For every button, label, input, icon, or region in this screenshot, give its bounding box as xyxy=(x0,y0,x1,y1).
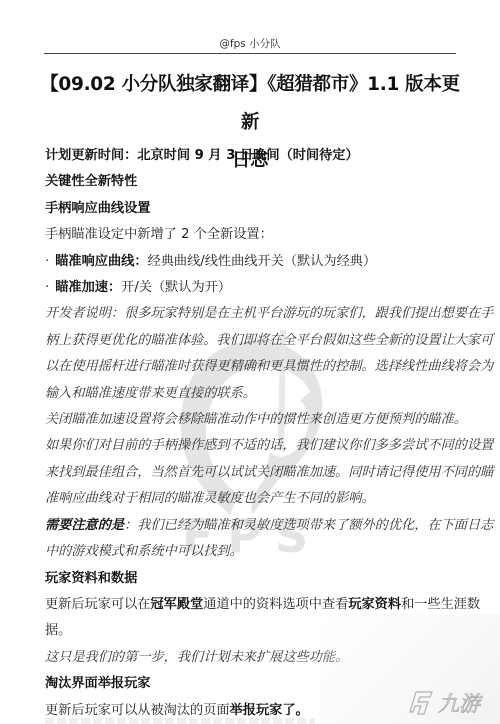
profile-text: 更新后玩家可以在 xyxy=(45,597,151,612)
running-header: @fps 小分队 xyxy=(0,36,500,51)
bullet-item: ·瞄准加速：开/关（默认为开） xyxy=(45,275,460,301)
accel-note: 关闭瞄准加速设置将会移除瞄准动作中的惯性来创造更方便预判的瞄准。 xyxy=(45,407,460,433)
section-heading-key-features: 关键性全新特性 xyxy=(45,169,460,195)
suggestion-line: 如果你们对目前的手柄操作感到不适的话，我们建议你们多多尝试不同的设置 xyxy=(45,433,460,459)
dev-note-line: 开发者说明：很多玩家特别是在主机平台游玩的玩家们，跟我们提出想要在手 xyxy=(45,301,460,327)
report-player-term: 举报玩家了。 xyxy=(230,703,309,718)
player-profile-term: 玩家资料 xyxy=(348,597,401,612)
dev-note-line: 以在使用摇杆进行瞄准时获得更精确和更具惯性的控制。选择线性曲线将会为 xyxy=(45,354,460,380)
suggestion-line: 来找到最佳组合，当然首先可以试试关闭瞄准加速。同时请记得使用不同的瞄 xyxy=(45,460,460,486)
cut-off-text xyxy=(45,718,315,724)
svg-text:九游: 九游 xyxy=(438,692,483,716)
header-divider xyxy=(44,53,456,54)
bullet-value: 经典曲线/线性曲线开关（默认为经典） xyxy=(148,254,377,269)
controller-intro: 手柄瞄准设定中新增了 2 个全新设置： xyxy=(45,222,460,248)
title-line-1: 【09.02 小分队独家翻译】《超猎都市》1.1 版本更新 xyxy=(40,66,460,142)
bullet-marker: · xyxy=(45,280,49,295)
dev-note-line: 柄上获得更优化的瞄准体验。我们即将在全平台假如这些全新的设置让大家可 xyxy=(45,328,460,354)
suggestion-line: 准响应曲线对于相同的瞄准灵敏度也会产生不同的影响。 xyxy=(45,486,460,512)
attention-text: ：我们已经为瞄准和灵敏度选项带来了额外的优化，在下面日志 xyxy=(124,518,493,533)
profile-text: 和一些生涯数 xyxy=(401,597,480,612)
attention-label: 需要注意的是 xyxy=(45,518,124,533)
attention-note-cont: 中的游戏模式和系统中可以找到。 xyxy=(45,539,460,565)
bullet-item: ·瞄准响应曲线：经典曲线/线性曲线开关（默认为经典） xyxy=(45,249,460,275)
update-schedule: 计划更新时间：北京时间 9 月 3 日晚间（时间待定） xyxy=(45,143,460,169)
section-heading-profile: 玩家资料和数据 xyxy=(45,566,460,592)
bullet-label: 瞄准响应曲线： xyxy=(55,254,147,269)
attention-note: 需要注意的是：我们已经为瞄准和灵敏度选项带来了额外的优化，在下面日志 xyxy=(45,513,460,539)
bullet-value: 开/关（默认为开） xyxy=(121,280,231,295)
document-page: FPS @fps 小分队 【09.02 小分队独家翻译】《超猎都市》1.1 版本… xyxy=(0,0,500,724)
bullet-label: 瞄准加速： xyxy=(55,280,121,295)
profile-text: 通道中的资料选项中查看 xyxy=(203,597,348,612)
report-text: 更新后玩家可以从被淘汰的页面 xyxy=(45,703,230,718)
dev-note-line: 输入和瞄准速度带来更直接的联系。 xyxy=(45,381,460,407)
jiuyou-logo-icon: 九游 xyxy=(406,686,496,718)
hall-of-champions-term: 冠军殿堂 xyxy=(151,597,204,612)
subsection-heading-controller-curves: 手柄响应曲线设置 xyxy=(45,196,460,222)
bullet-marker: · xyxy=(45,254,49,269)
